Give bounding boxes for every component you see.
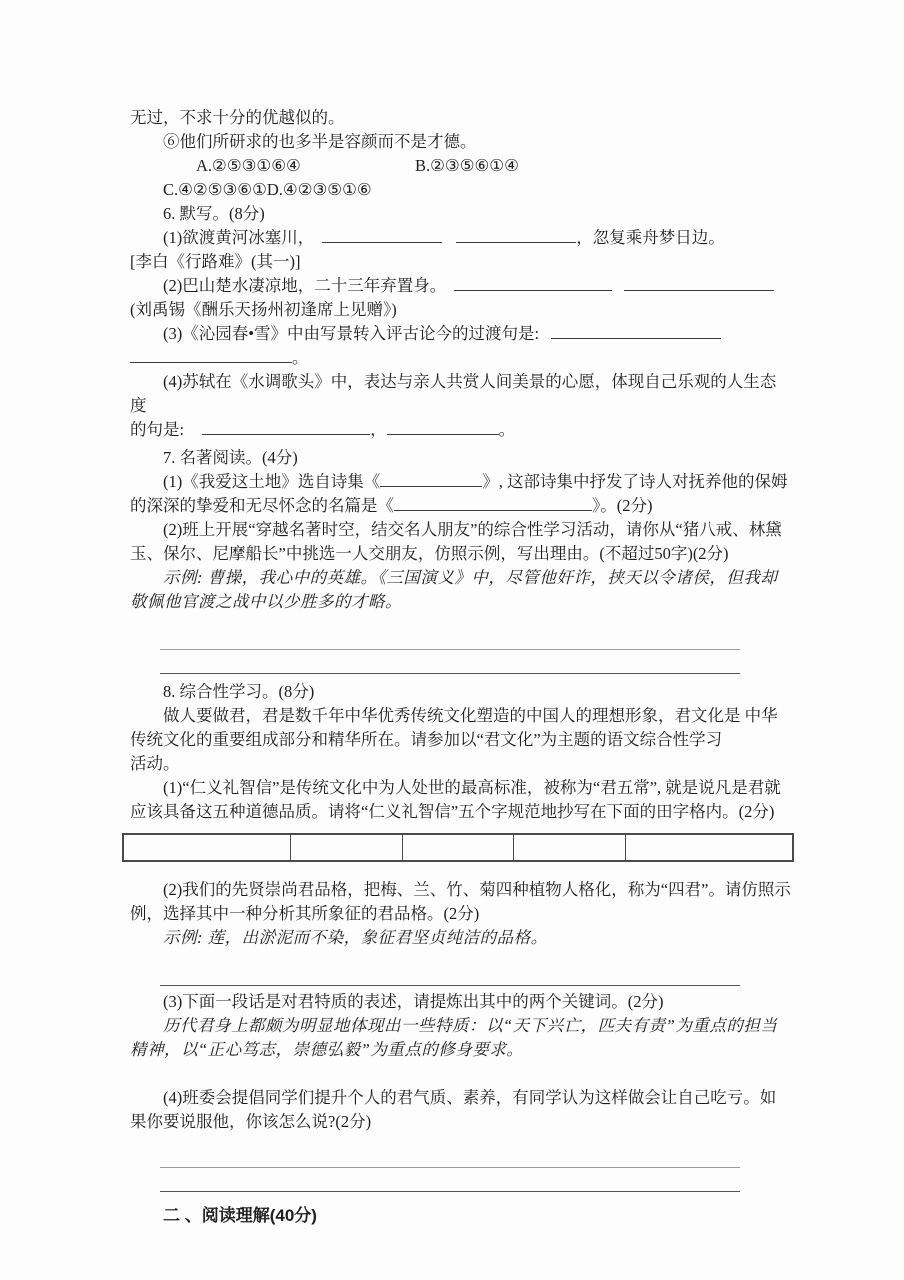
q6-i4-comma: ， [370, 420, 387, 439]
answer-line [160, 650, 740, 674]
q7-i1-text-post: 》。(2分) [592, 496, 653, 515]
question7-item2: (2)班上开展“穿越名著时空，结交名人朋友”的综合性学习活动，请你从“猪八戒、林… [130, 518, 792, 566]
question6-item2-source: (刘禹锡《酬乐天扬州初逢席上见赠》) [130, 298, 792, 322]
answer-line [160, 626, 740, 650]
q6-i1-text-post: ，忽复乘舟梦日边。 [576, 228, 725, 247]
option-a: A.②⑤③①⑥④ [163, 154, 415, 178]
exam-page: 无过，不求十分的优越似的。 ⑥他们所研求的也多半是容颜而不是才德。 A.②⑤③①… [0, 0, 904, 1280]
question6-item2: (2)巴山楚水凄凉地，二十三年弃置身。 [130, 274, 792, 298]
question8-item2-example: 示例: 莲，出淤泥而不染，象征君坚贞纯洁的品格。 [130, 926, 792, 950]
option-b: B.②③⑤⑥①④ [415, 156, 519, 175]
blank-underline [551, 323, 721, 339]
choice-options-ab: A.②⑤③①⑥④B.②③⑤⑥①④ [130, 154, 792, 178]
blank-underline [394, 495, 592, 511]
blank-underline [456, 227, 576, 243]
q6-i4-text: 的句是: [130, 420, 184, 439]
intro-continuation-line: 无过，不求十分的优越似的。 [130, 106, 792, 130]
question6-item4-line1: (4)苏轼在《水调歌头》中，表达与亲人共赏人间美景的心愿，体现自己乐观的人生态度 [130, 370, 792, 418]
blank-underline [322, 227, 442, 243]
question6-item1-source: [李白《行路难》(其一)] [130, 250, 792, 274]
tianzige-cell [625, 834, 793, 861]
q6-i1-text: (1)欲渡黄河冰塞川， [163, 228, 314, 247]
blank-underline [202, 419, 370, 435]
blank-underline [130, 347, 292, 363]
question7-item2-example: 示例: 曹操，我心中的英雄。《三国演义》中，尽管他奸诈，挟天以令诸侯，但我却敬佩… [130, 566, 792, 614]
question6-item1: (1)欲渡黄河冰塞川，，忽复乘舟梦日边。 [130, 226, 792, 250]
answer-line [160, 1144, 740, 1168]
question8-intro-line3: 活动。 [130, 752, 792, 776]
question8-item4: (4)班委会提倡同学们提升个人的君气质、素养，有同学认为这样做会让自己吃亏。如果… [130, 1086, 792, 1134]
q6-i2-text: (2)巴山楚水凄凉地，二十三年弃置身。 [163, 276, 446, 295]
question7-title: 7. 名著阅读。(4分) [130, 446, 792, 470]
question6-item4-line2: 的句是:，。 [130, 418, 792, 442]
question8-title: 8. 综合性学习。(8分) [130, 680, 792, 704]
blank-underline [454, 275, 612, 291]
sentence-item-6: ⑥他们所研求的也多半是容颜而不是才德。 [130, 130, 792, 154]
q6-i3-text: (3)《沁园春•雪》中由写景转入评古论今的过渡句是: [163, 324, 539, 343]
tianzige-cell [402, 834, 514, 861]
question6-title: 6. 默写。(8分) [130, 202, 792, 226]
blank-underline [380, 471, 482, 487]
tianzige-grid [122, 833, 794, 862]
question8-item2: (2)我们的先贤崇尚君品格，把梅、兰、竹、菊四种植物人格化，称为“四君”。请仿照… [130, 878, 792, 926]
question8-item1: (1)“仁义礼智信”是传统文化中为人处世的最高标准，被称为“君五常”, 就是说凡… [130, 776, 792, 824]
question8-intro-line2: 传统文化的重要组成部分和精华所在。请参加以“君文化”为主题的语文综合性学习 [130, 728, 792, 752]
answer-line [160, 1168, 740, 1192]
tianzige-cell [123, 834, 291, 861]
question8-item3-passage: 历代君身上都颇为明显地体现出一些特质：以“天下兴亡，匹夫有责”为重点的担当精神，… [130, 1014, 792, 1062]
answer-line [160, 962, 740, 986]
question7-item1: (1)《我爱这土地》选自诗集《》, 这部诗集中抒发了诗人对抚养他的保姆的深深的挚… [130, 470, 792, 518]
question6-item3: (3)《沁园春•雪》中由写景转入评古论今的过渡句是: [130, 322, 792, 346]
question8-intro-line1: 做人要做君，君是数千年中华优秀传统文化塑造的中国人的理想形象，君文化是 中华 [130, 704, 792, 728]
question6-item3-continuation: 。 [130, 346, 792, 370]
tianzige-row [123, 834, 793, 861]
tianzige-cell [291, 834, 403, 861]
q6-i4-period: 。 [499, 420, 516, 439]
q7-i1-text: (1)《我爱这土地》选自诗集《 [163, 472, 380, 491]
choice-options-cd: C.④②⑤③⑥①D.④②③⑤①⑥ [130, 178, 792, 202]
exam-content: 无过，不求十分的优越似的。 ⑥他们所研求的也多半是容颜而不是才德。 A.②⑤③①… [130, 106, 792, 1228]
q6-i3-period: 。 [292, 348, 309, 367]
question8-item3: (3)下面一段话是对君特质的表述，请提炼出其中的两个关键词。(2分) [130, 990, 792, 1014]
blank-underline [387, 419, 499, 435]
blank-underline [624, 275, 774, 291]
section2-heading: 二 、阅读理解(40分) [130, 1204, 792, 1228]
tianzige-cell [514, 834, 626, 861]
